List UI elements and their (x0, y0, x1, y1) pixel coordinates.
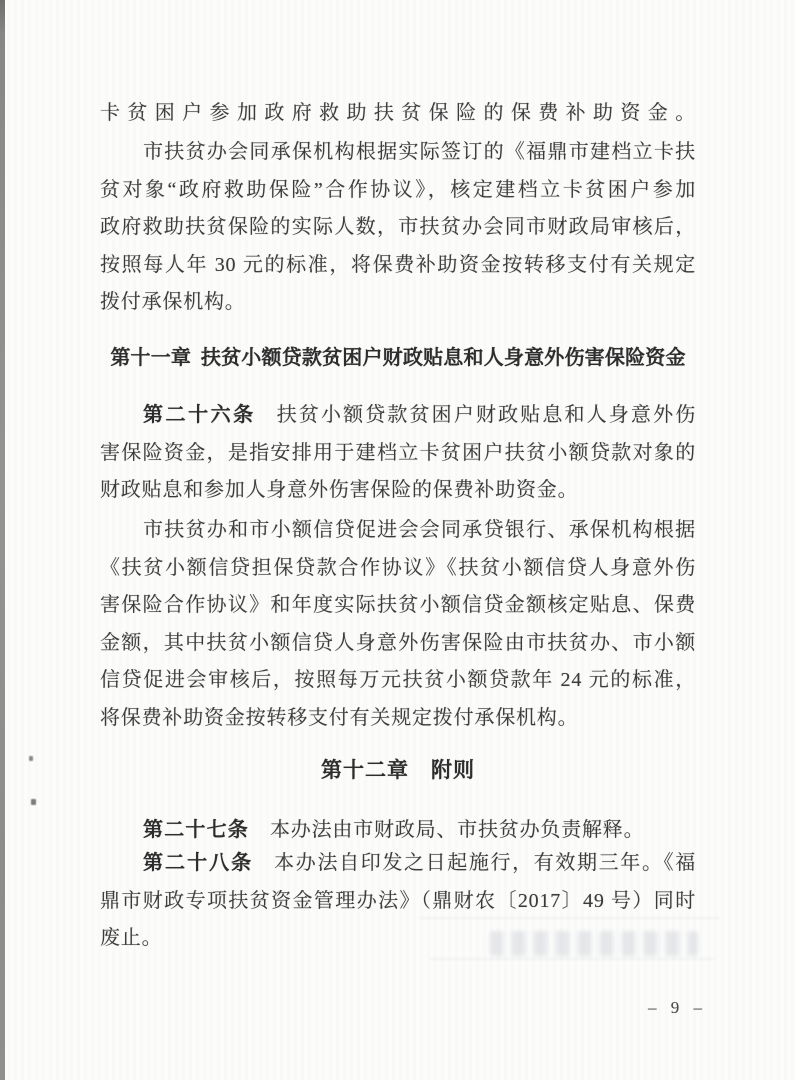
chapter-heading-text: 第十二章 附则 (100, 752, 696, 790)
paragraph-micro-credit: 市扶贫办和市小额信贷促进会会同承贷银行、承保机构根据 《扶贫小额信贷担保贷款合作… (100, 512, 696, 737)
chapter-12-heading: 第十二章 附则 (100, 752, 696, 790)
body-line: 市扶贫办会同承保机构根据实际签订的《福鼎市建档立卡扶 (100, 134, 696, 172)
body-line: 贫对象“政府救助保险”合作协议》，核定建档立卡贫困户参加 (100, 172, 696, 210)
page-number: – 9 – (648, 998, 707, 1018)
body-line: 市扶贫办和市小额信贷促进会会同承贷银行、承保机构根据 (100, 512, 696, 550)
article-26-label: 第二十六条 (143, 404, 256, 426)
article-26-text: 扶贫小额贷款贫困户财政贴息和人身意外伤 (277, 404, 696, 426)
body-line: 信贷促进会审核后，按照每万元扶贫小额贷款年 24 元的标准， (100, 662, 696, 700)
body-line: 将保费补助资金按转移支付有关规定拨付承保机构。 (100, 700, 696, 738)
article-28-text: 本办法自印发之日起施行，有效期三年。《福 (274, 852, 696, 874)
body-line: 金额，其中扶贫小额信贷人身意外伤害保险由市扶贫办、市小额 (100, 625, 696, 663)
article-27: 第二十七条本办法由市财政局、市扶贫办负责解释。 (100, 812, 696, 850)
article-26: 第二十六条扶贫小额贷款贫困户财政贴息和人身意外伤 害保险资金，是指安排用于建档立… (100, 397, 696, 510)
article-28-label: 第二十八条 (143, 852, 253, 874)
paragraph-continuation: 卡贫困户参加政府救助扶贫保险的保费补助资金。 (100, 95, 696, 133)
body-line: 鼎市财政专项扶贫资金管理办法》（鼎财农〔2017〕49 号）同时 (100, 883, 696, 921)
scan-artifact-streak (430, 958, 715, 960)
body-line: 按照每人年 30 元的标准，将保费补助资金按转移支付有关规定 (100, 247, 696, 285)
body-line: 第二十七条本办法由市财政局、市扶贫办负责解释。 (100, 812, 696, 850)
chapter-heading-text: 第十一章 扶贫小额贷款贫困户财政贴息和人身意外伤害保险资金 (100, 340, 696, 378)
body-line: 政府救助扶贫保险的实际人数，市扶贫办会同市财政局审核后， (100, 209, 696, 247)
article-27-label: 第二十七条 (143, 819, 249, 841)
article-27-text: 本办法由市财政局、市扶贫办负责解释。 (270, 819, 644, 841)
body-line: 《扶贫小额信贷担保贷款合作协议》《扶贫小额信贷人身意外伤 (100, 550, 696, 588)
scan-edge-strip (0, 0, 5, 1080)
scan-speck (29, 756, 33, 761)
scan-artifact-streak (420, 917, 720, 919)
scan-speck (31, 799, 36, 805)
paragraph-insurance-agreement: 市扶贫办会同承保机构根据实际签订的《福鼎市建档立卡扶 贫对象“政府救助保险”合作… (100, 134, 696, 322)
bleed-through-artifact (490, 931, 698, 956)
body-line: 财政贴息和参加人身意外伤害保险的保费补助资金。 (100, 472, 696, 510)
body-line: 害保险合作协议》和年度实际扶贫小额信贷金额核定贴息、保费 (100, 587, 696, 625)
body-line: 害保险资金，是指安排用于建档立卡贫困户扶贫小额贷款对象的 (100, 435, 696, 473)
body-line: 第二十八条本办法自印发之日起施行，有效期三年。《福 (100, 845, 696, 883)
scanned-page: 卡贫困户参加政府救助扶贫保险的保费补助资金。 市扶贫办会同承保机构根据实际签订的… (0, 0, 795, 1080)
body-line: 卡贫困户参加政府救助扶贫保险的保费补助资金。 (100, 95, 696, 133)
body-line: 第二十六条扶贫小额贷款贫困户财政贴息和人身意外伤 (100, 397, 696, 435)
chapter-11-heading: 第十一章 扶贫小额贷款贫困户财政贴息和人身意外伤害保险资金 (100, 340, 696, 378)
body-line: 拨付承保机构。 (100, 284, 696, 322)
